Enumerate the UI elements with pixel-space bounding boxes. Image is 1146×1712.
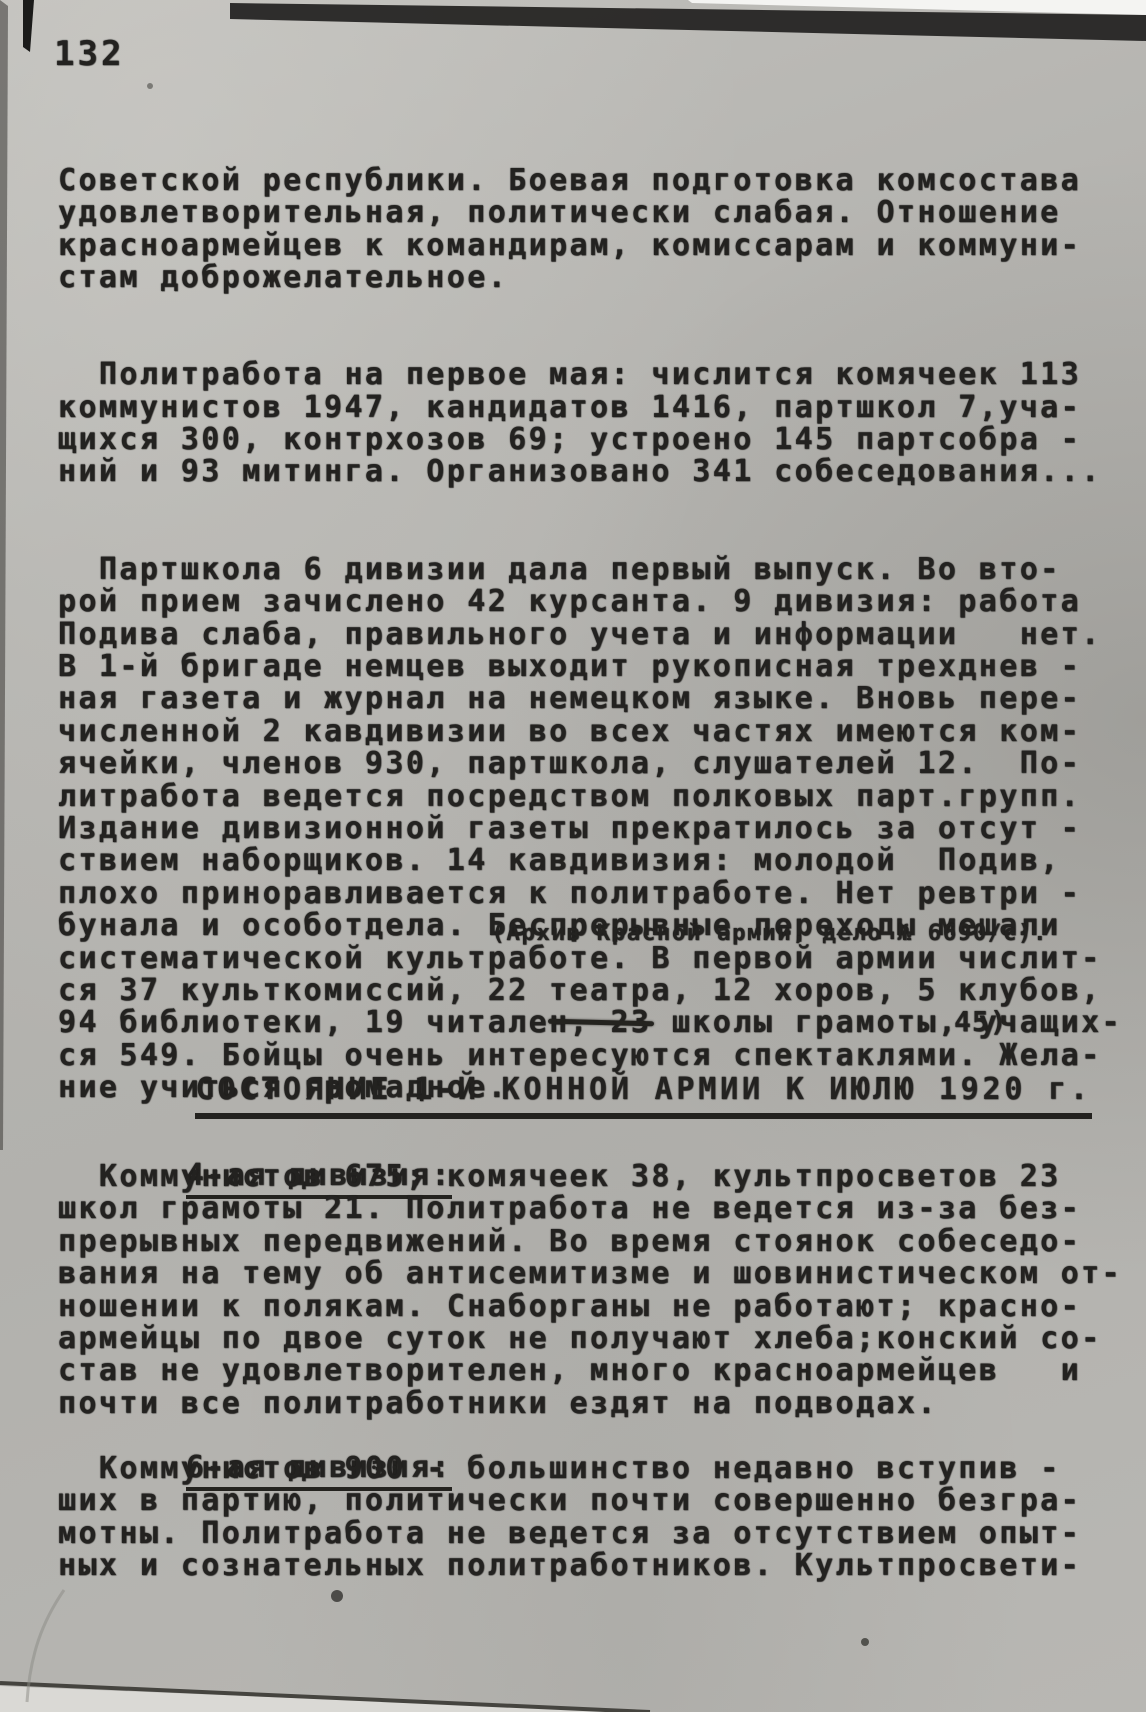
footnote-reference: 45) xyxy=(954,1006,1008,1038)
body-paragraph-1: Советской республики. Боевая подготовка … xyxy=(58,165,1122,295)
heading-text: СОСТОЯНИЕ 1-Й КОННОЙ АРМИИ К ИЮЛЮ 1920 г… xyxy=(195,1074,1091,1118)
page-number: 132 xyxy=(54,38,124,70)
section-body-6th-division: Коммунистов 900 - большинство недавно вс… xyxy=(58,1453,1081,1583)
body-paragraph-2: Политработа на первое мая: числится комя… xyxy=(58,359,1122,489)
section-body-4th-division: Коммунистов 675; комячеек 38, культпросв… xyxy=(58,1161,1122,1420)
scanned-document-page: 132 Советской республики. Боевая подгото… xyxy=(0,0,1146,1712)
archive-attribution: (Архив Красной армии, дело № 6690/с). xyxy=(491,920,1048,946)
